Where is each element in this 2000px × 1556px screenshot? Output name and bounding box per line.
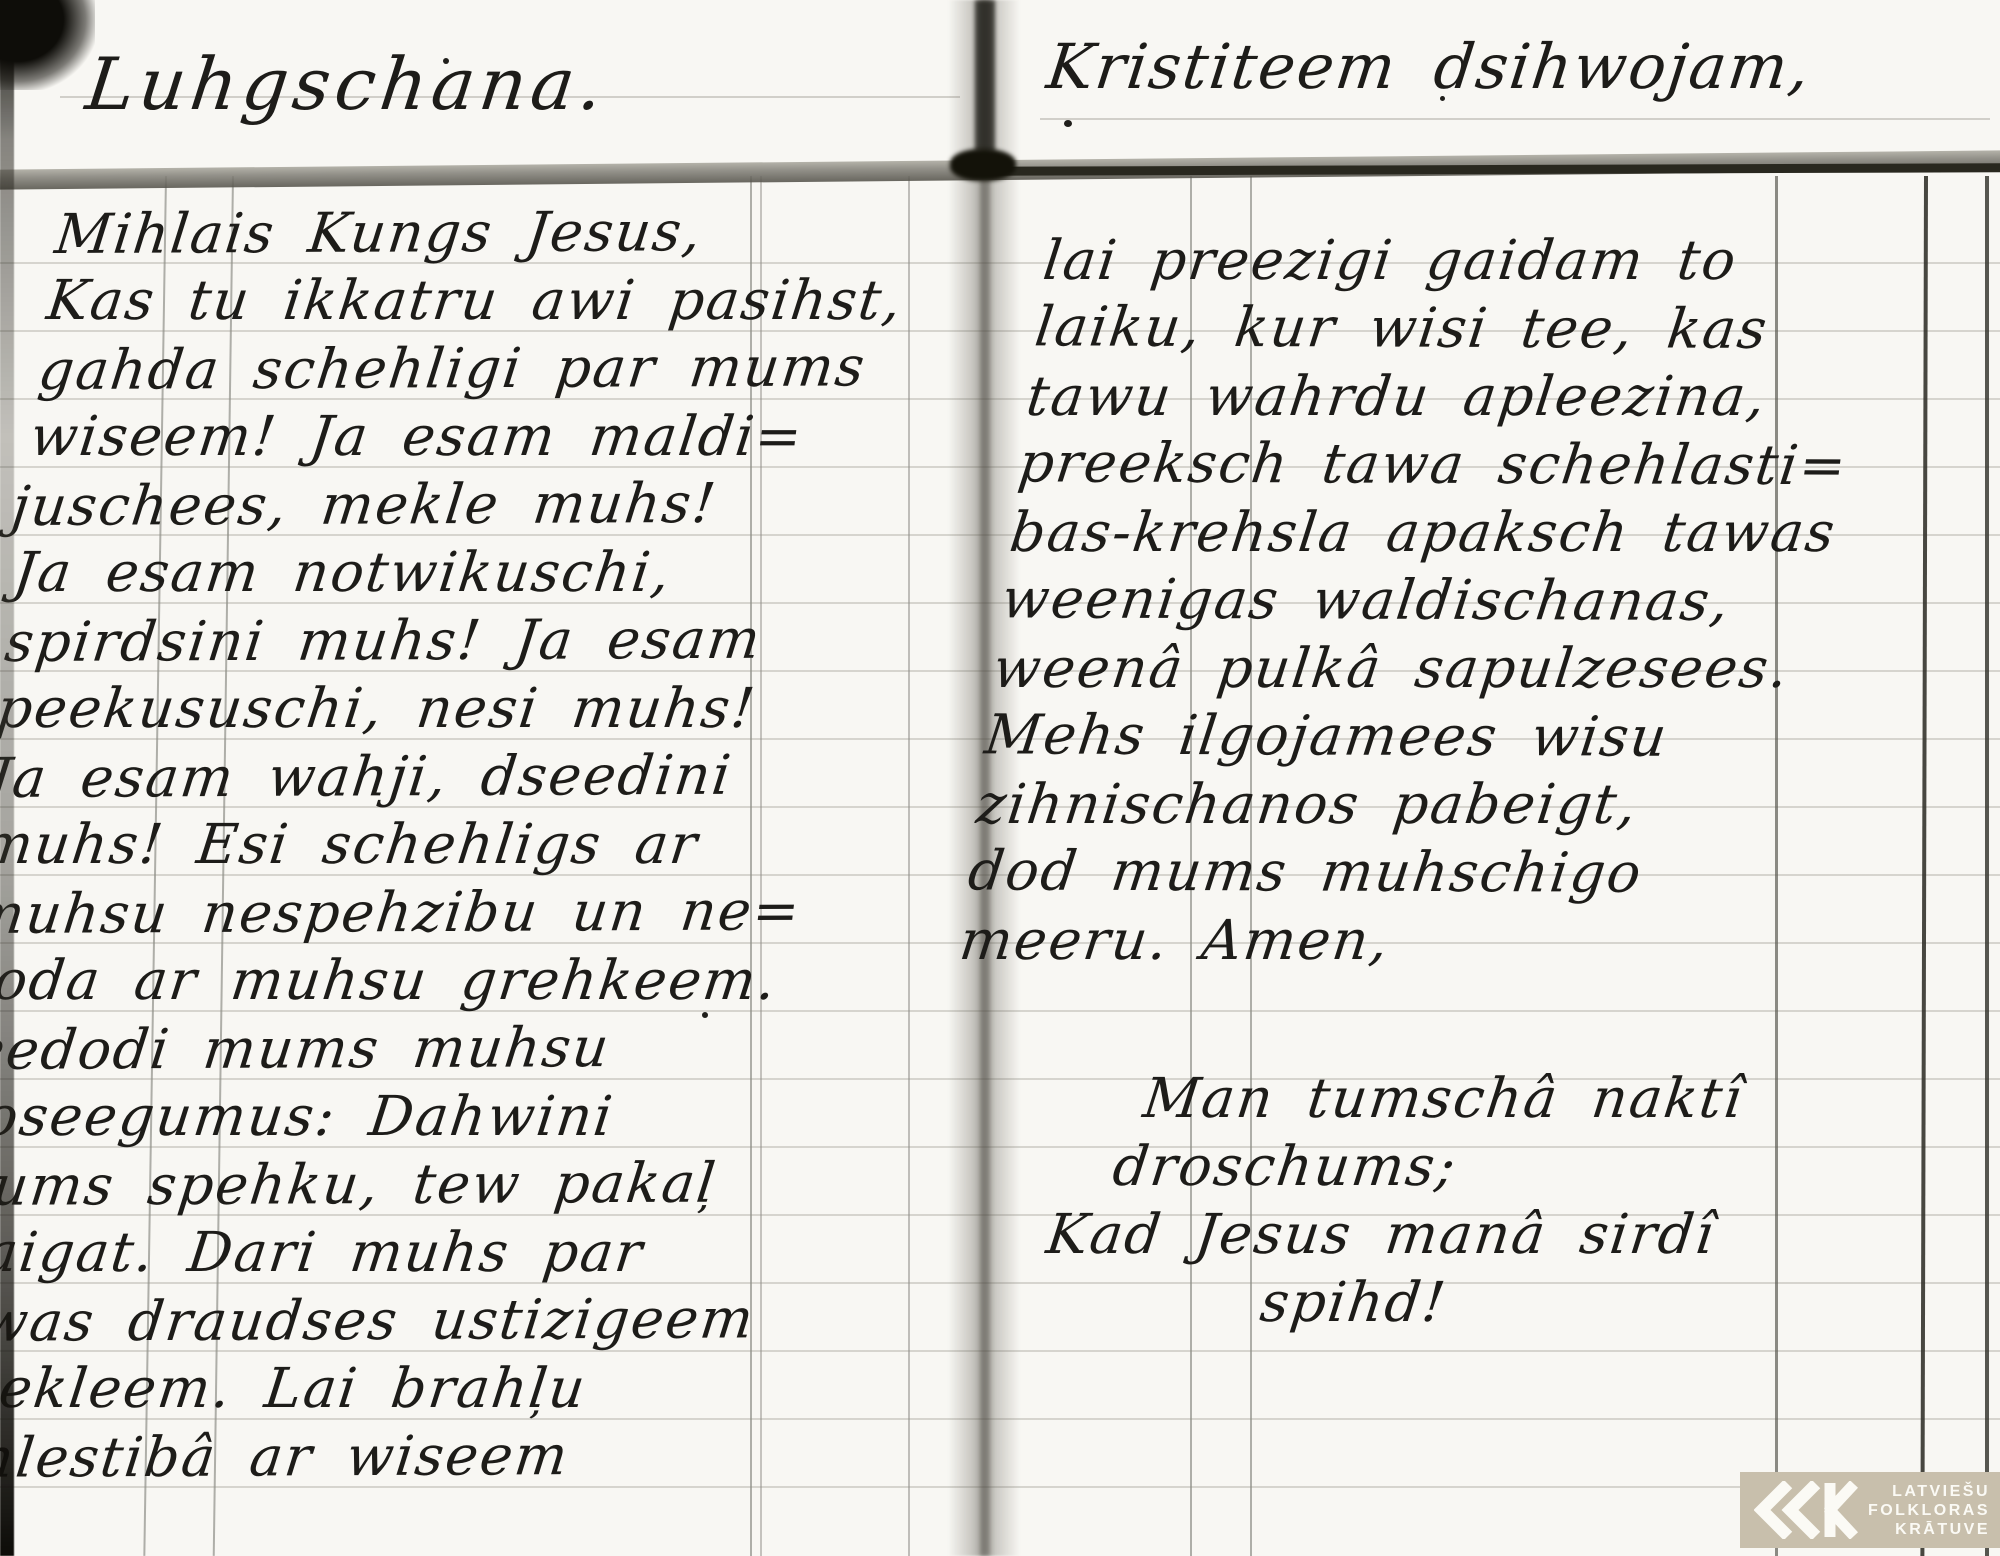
handwritten-line: laiku, kur wisi tee, kas — [1031, 292, 1989, 363]
handwritten-line: staigat. Dari muhs par — [0, 1218, 865, 1286]
right-page-title: Kristiteem dsihwojam, — [1043, 30, 1815, 103]
handwritten-line: tawas draudses ustizigeem — [0, 1284, 857, 1356]
right-text-column: lai preezigi gaidam to laiku, kur wisi t… — [956, 226, 1998, 974]
handwritten-line: lozekleem. Lai brahļu — [0, 1354, 848, 1422]
faint-rule-line — [1040, 118, 1990, 120]
handwritten-line: peekususchi, nesi muhs! — [0, 674, 932, 742]
page-fold-dark-top — [975, 0, 995, 152]
watermark-line: FOLKLORAS — [1868, 1501, 1990, 1520]
watermark-line: KRĀTUVE — [1868, 1520, 1990, 1539]
handwritten-verse-line: spihd! — [1257, 1268, 1973, 1336]
handwritten-line: gahda schehligi par mums — [35, 332, 974, 404]
handwritten-line: Ja esam notwikuschi, — [10, 538, 948, 606]
ledger-rule-line — [1985, 176, 1989, 1556]
ink-speck — [1064, 120, 1072, 127]
ink-blot — [950, 149, 1016, 181]
handwritten-line: weenâ pulkâ sapulzesees. — [990, 634, 1948, 702]
handwritten-line: spirdsini muhs! Ja esam — [1, 604, 940, 676]
handwritten-line: bas-krehsla apaksch tawas — [1006, 498, 1964, 566]
scan-edge-shadow — [0, 0, 14, 1556]
handwritten-line: Mehs ilgojamees wisu — [981, 700, 1939, 771]
watermark-line: LATVIEŠU — [1868, 1482, 1990, 1501]
handwritten-line: Peedodi mums muhsu — [0, 1012, 890, 1084]
handwritten-line: tawu wahrdu apleezina, — [1023, 362, 1981, 430]
verse-block: Man tumschâ naktî droschums; Kad Jesus m… — [1015, 1064, 1998, 1336]
handwritten-line: lai preezigi gaidam to — [1040, 226, 1998, 294]
scan-corner-blot — [0, 0, 95, 90]
handwritten-line: muhsu nespehzibu un ne= — [0, 876, 907, 948]
handwritten-line: Ja esam wahji, dseedini — [0, 740, 923, 812]
handwritten-line: noseegumus: Dahwini — [0, 1082, 881, 1150]
handwritten-verse-line: droschums; — [1109, 1132, 1989, 1200]
handwritten-line: preeksch tawa schehlasti= — [1015, 428, 1973, 499]
handwritten-line: muhs! Esi schehligs ar — [0, 810, 915, 878]
archive-watermark-text: LATVIEŠU FOLKLORAS KRĀTUVE — [1868, 1482, 1990, 1539]
handwritten-line: mums spehku, tew pakaļ — [0, 1148, 873, 1220]
handwritten-line: Kas tu ikkatru awi pasihst, — [43, 266, 981, 334]
handwritten-line: soda ar muhsu grehkeem. — [0, 946, 898, 1014]
lfk-logo-icon — [1754, 1481, 1858, 1539]
handwritten-line: wiseem! Ja esam maldi= — [27, 402, 965, 470]
handwritten-line: juschees, mekle muhs! — [8, 468, 957, 540]
handwritten-line: Mihlais Kungs Jesus, — [52, 196, 991, 268]
handwritten-line: weenigas waldischanas, — [998, 564, 1956, 635]
handwritten-line: dod mums muhschigo — [965, 836, 1923, 907]
archive-watermark-banner: LATVIEŠU FOLKLORAS KRĀTUVE — [1740, 1472, 2000, 1548]
left-page-title: Luhgschana. — [82, 42, 613, 126]
handwritten-line: meeru. Amen, — [956, 906, 1914, 974]
handwritten-line: mihlestibâ ar wiseem — [0, 1420, 840, 1492]
left-text-column: Mihlais Kungs Jesus, Kas tu ikkatru awi … — [0, 198, 990, 1490]
handwritten-verse-line: Kad Jesus manâ sirdî — [1043, 1200, 1981, 1268]
manuscript-scan: { "document": { "left_column": { "headin… — [0, 0, 2000, 1556]
handwritten-line: zihnischanos pabeigt, — [973, 770, 1931, 838]
handwritten-verse-line: Man tumschâ naktî — [1140, 1064, 1998, 1132]
